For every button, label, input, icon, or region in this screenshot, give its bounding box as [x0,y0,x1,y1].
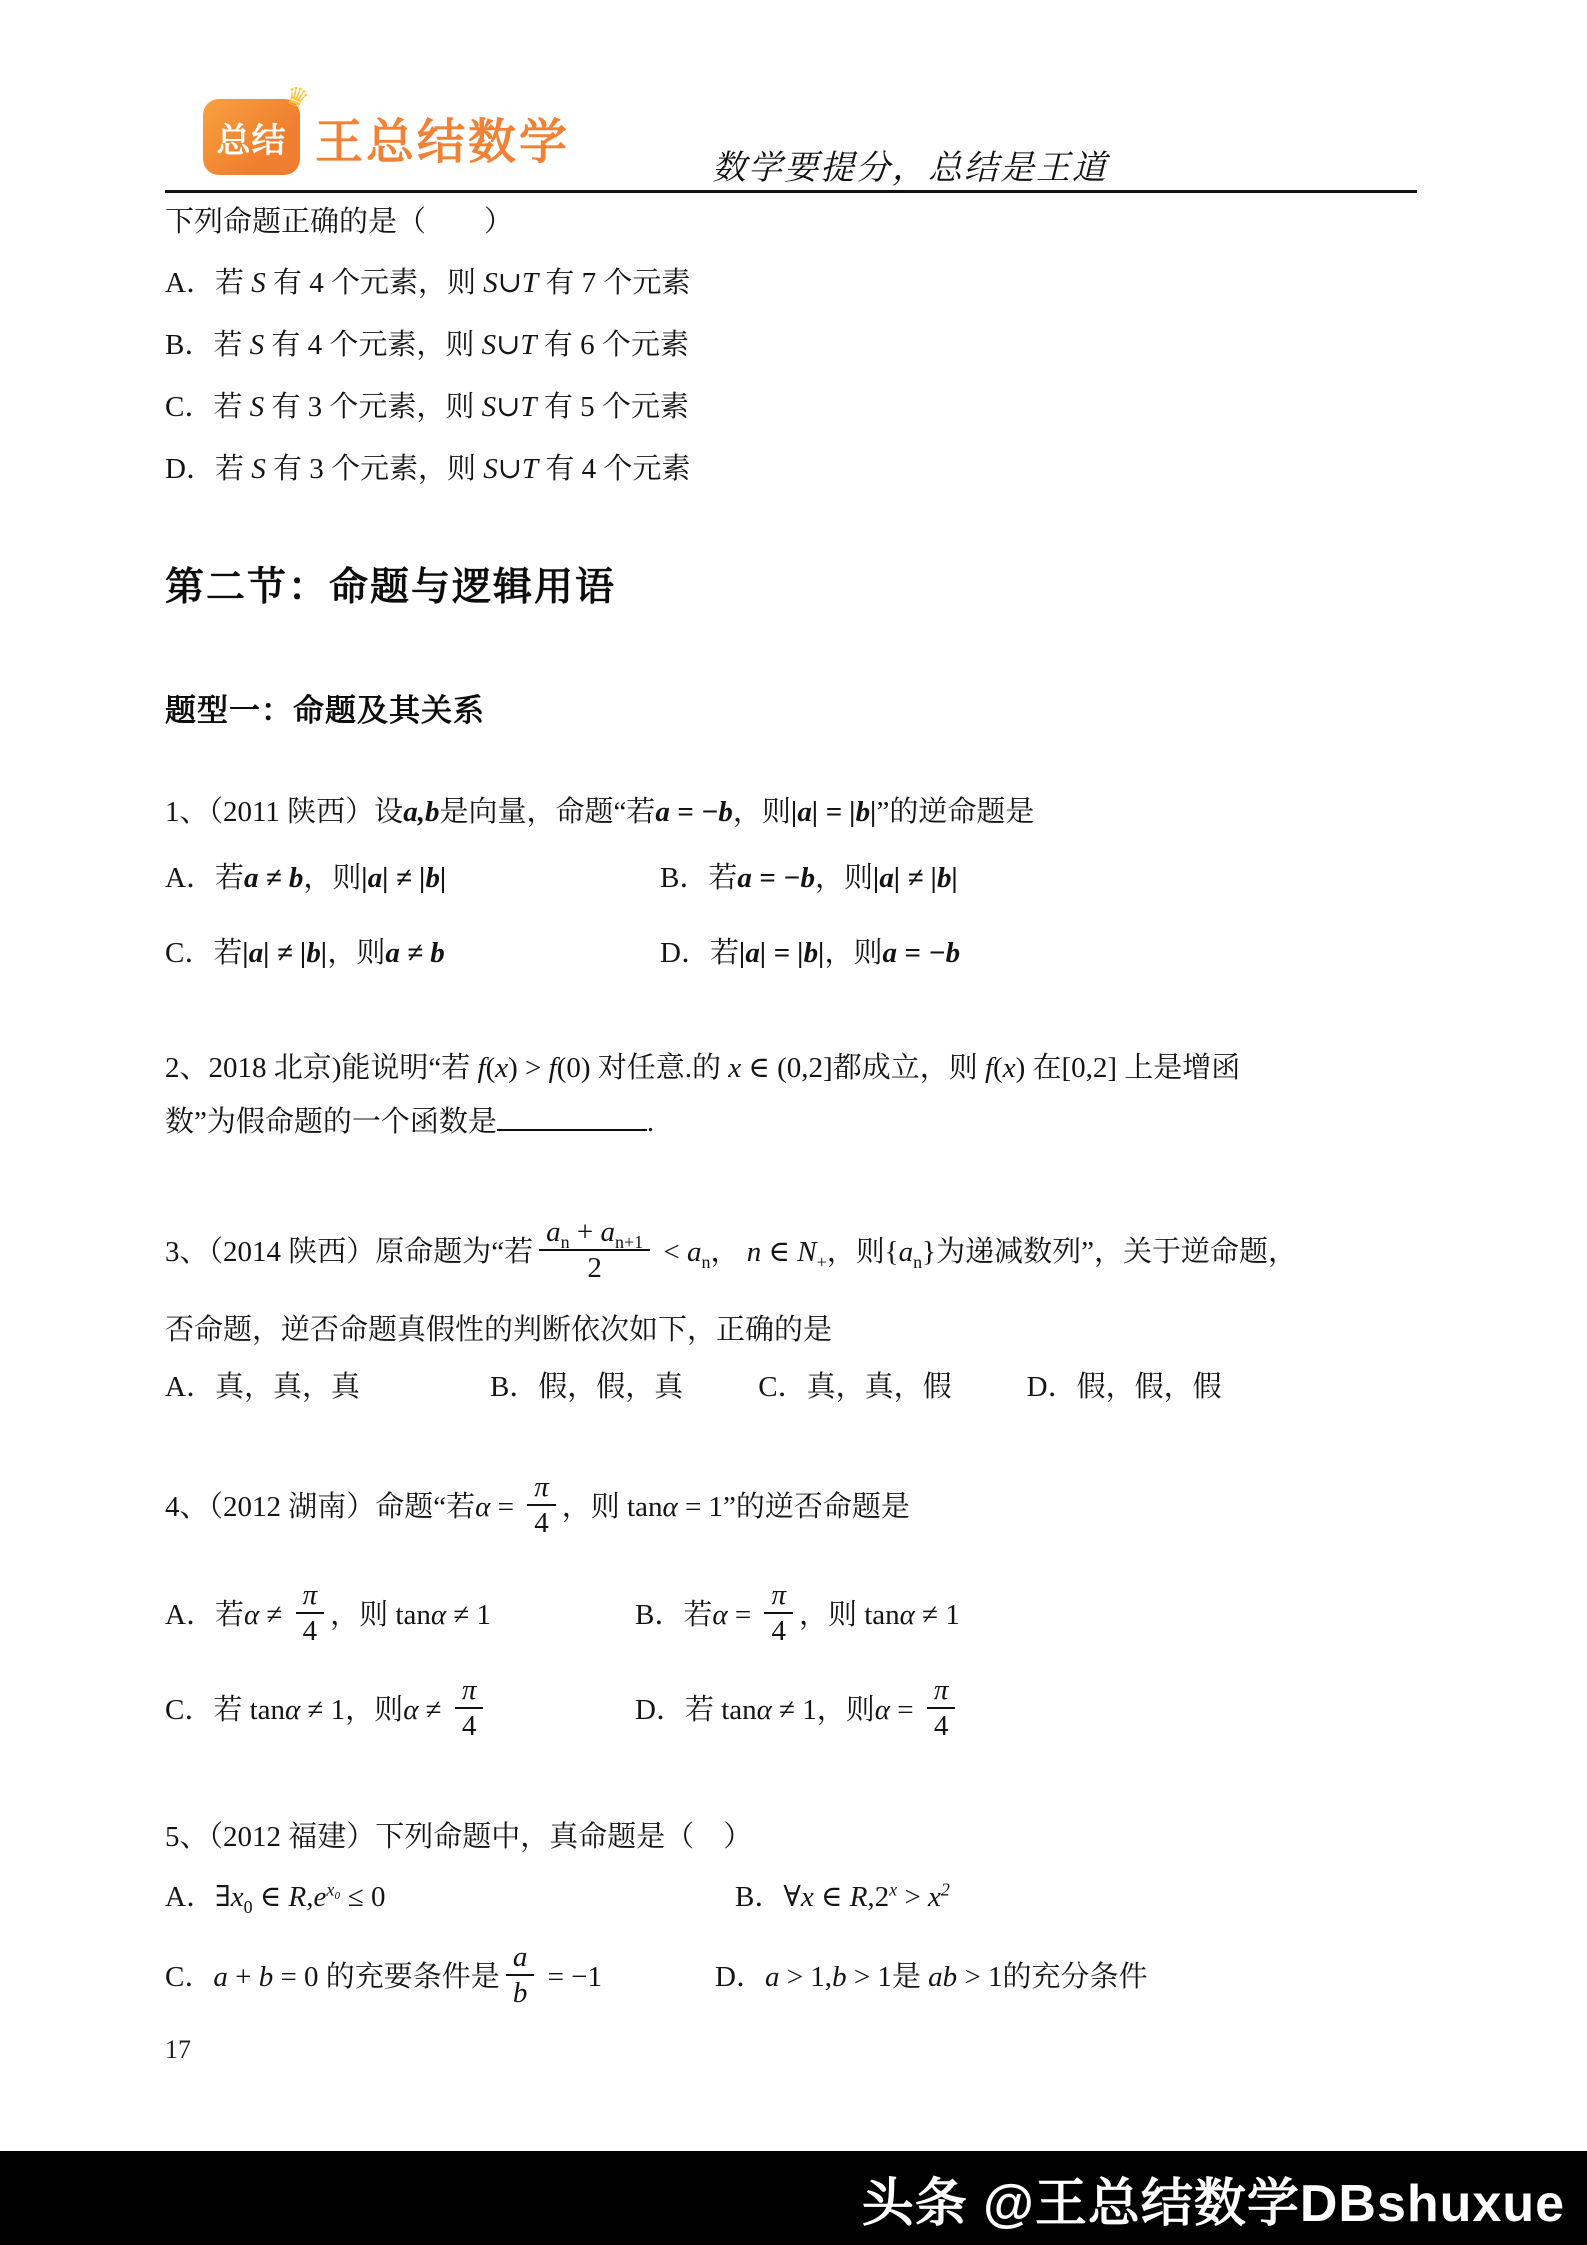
document-page: ♛ 总结 王总结数学 数学要提分，总结是王道 下列命题正确的是（ ） A．若 S… [0,0,1587,2245]
q3-options: A．真，真，真B．假，假，真C．真，真，假D．假，假，假 [165,1367,1222,1407]
q1-option-d: D．若|a| = |b|，则a = −b [660,933,960,973]
section-heading: 第二节：命题与逻辑用语 [165,556,616,612]
q1-option-a: A．若a ≠ b，则|a| ≠ |b| [165,858,446,898]
topic-heading: 题型一：命题及其关系 [165,685,485,730]
brand-badge-text: 总结 [217,113,287,162]
q0-option-b: B．若 S 有 4 个元素，则 S∪T 有 6 个元素 [165,325,689,365]
q0-option-d: D．若 S 有 3 个元素，则 S∪T 有 4 个元素 [165,449,690,489]
crown-icon: ♛ [280,80,313,117]
q1-option-c: C．若|a| ≠ |b|，则a ≠ b [165,933,445,973]
footer-watermark-bar: 头条 @王总结数学DBshuxue [0,2151,1587,2245]
q5-stem: 5、（2012 福建）下列命题中，真命题是（ ） [165,1817,752,1857]
q4-option-b: B．若α = π4，则 tanα ≠ 1 [635,1570,960,1660]
q2-line-1: 2、2018 北京)能说明“若 f(x) > f(0) 对任意.的 x ∈ (0… [165,1048,1240,1088]
q5-option-d: D．a > 1,b > 1是 ab > 1的充分条件 [715,1932,1148,2022]
brand-logo-text: 王总结数学 [315,103,570,172]
q3-line-2: 否命题，逆否命题真假性的判断依次如下，正确的是 [165,1310,832,1350]
q4-option-d: D．若 tanα ≠ 1，则α = π4 [635,1665,961,1755]
brand-logo-badge: ♛ 总结 [203,99,300,175]
q5-option-c: C．a + b = 0 的充要条件是ab = −1 [165,1932,602,2022]
q5-option-b: B．∀x ∈ R,2x > x2 [735,1877,950,1917]
q0-option-a: A．若 S 有 4 个元素，则 S∪T 有 7 个元素 [165,263,690,303]
q0-stem: 下列命题正确的是（ ） [165,202,513,242]
q4-stem: 4、（2012 湖南）命题“若α = π4，则 tanα = 1”的逆否命题是 [165,1462,910,1552]
q3-line-1: 3、（2014 陕西）原命题为“若an + an+12 < an， n ∈ N+… [165,1207,1297,1297]
q2-line-2: 数”为假命题的一个函数是. [165,1102,654,1142]
header-divider [165,190,1417,193]
q0-option-c: C．若 S 有 3 个元素，则 S∪T 有 5 个元素 [165,387,689,427]
q5-option-a: A．∃x0 ∈ R,ex₀ ≤ 0 [165,1877,386,1917]
brand-slogan: 数学要提分，总结是王道 [712,140,1108,189]
q1-option-b: B．若a = −b，则|a| ≠ |b| [660,858,958,898]
q4-option-c: C．若 tanα ≠ 1，则α ≠ π4 [165,1665,489,1755]
watermark-text: 头条 @王总结数学DBshuxue [862,2161,1565,2236]
q1-stem: 1、（2011 陕西）设a,b是向量，命题“若a = −b，则|a| = |b|… [165,792,1034,832]
q4-option-a: A．若α ≠ π4，则 tanα ≠ 1 [165,1570,491,1660]
page-number: 17 [165,2035,191,2065]
